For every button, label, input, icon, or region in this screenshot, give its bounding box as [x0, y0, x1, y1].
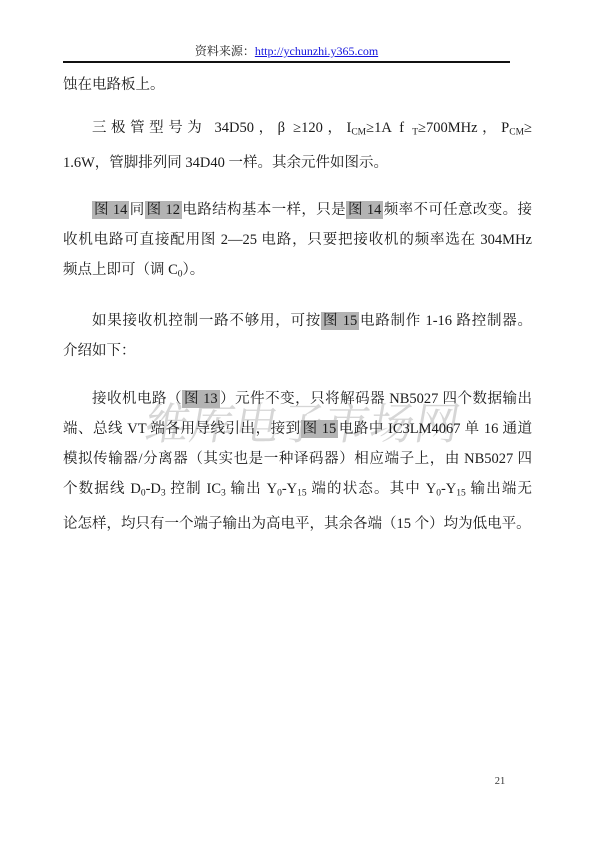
text-segment: -Y — [441, 481, 456, 497]
text-segment: -D — [146, 481, 161, 497]
paragraph: 三极管型号为 34D50，β ≥120，ICM≥1A f T≥700MHz，PC… — [63, 113, 532, 178]
text-segment: 输出 Y — [226, 481, 277, 497]
text-segment: 频点上即可（调 C — [63, 262, 178, 278]
text-segment: ）。 — [183, 262, 205, 278]
text-segment: 如果接收机控制一路不够用，可按 — [92, 313, 321, 329]
paragraph: 蚀在电路板上。 — [63, 70, 532, 100]
text-segment: 电路结构基本一样，只是 — [182, 202, 346, 218]
text-segment: ≥ — [524, 120, 532, 136]
subscript-text: CM — [509, 128, 524, 138]
text-segment: 1.6W，管脚排列同 34D40 一样。其余元件如图示。 — [63, 155, 388, 171]
text-line: 介绍如下： — [63, 336, 532, 366]
text-line: 个数据线 D0-D3 控制 IC3 输出 Y0-Y15 端的状态。其中 Y0-Y… — [63, 474, 532, 509]
text-segment: 三极管型号为 34D50，β ≥120，I — [92, 120, 351, 136]
text-segment: 端、总线 VT 端各用导线引出，接到 — [63, 421, 301, 437]
text-segment: 端的状态。其中 Y — [307, 481, 437, 497]
source-link[interactable]: http://ychunzhi.y365.com — [255, 44, 378, 58]
text-line: 三极管型号为 34D50，β ≥120，ICM≥1A f T≥700MHz，PC… — [63, 113, 532, 148]
text-line: 频点上即可（调 C0）。 — [63, 255, 532, 290]
page-number: 21 — [488, 776, 512, 787]
text-segment: 接收机电路（ — [92, 391, 182, 407]
text-segment: 同 — [129, 202, 144, 218]
figure-ref-highlight: 图 15 — [321, 312, 359, 330]
document-page: 资料来源：http://ychunzhi.y365.com 维库电子市场网 蚀在… — [0, 0, 595, 842]
figure-ref-highlight: 图 14 — [92, 201, 129, 219]
text-segment: 收机电路可直接配用图 2—25 电路，只要把接收机的频率选在 304MHz — [63, 232, 532, 248]
figure-ref-highlight: 图 12 — [145, 201, 182, 219]
subscript-text: 15 — [297, 489, 307, 499]
subscript-text: CM — [351, 128, 366, 138]
text-segment: 控制 IC — [166, 481, 221, 497]
text-segment: ≥700MHz，P — [418, 120, 509, 136]
text-segment: 电路制作 1-16 路控制器。 — [359, 313, 532, 329]
text-segment: 介绍如下： — [63, 343, 136, 359]
text-segment: 电路中 IC3LM4067 单 16 通道 — [338, 421, 532, 437]
figure-ref-highlight: 图 14 — [346, 201, 383, 219]
text-segment: 蚀在电路板上。 — [63, 77, 165, 93]
text-segment: -Y — [282, 481, 297, 497]
paragraph: 图 14同图 12电路结构基本一样，只是图 14频率不可任意改变。接收机电路可直… — [63, 195, 532, 290]
text-segment: 模拟传输器/分离器（其实也是一种译码器）相应端子上，由 NB5027 四 — [63, 451, 532, 467]
text-segment: ）元件不变，只将解码器 NB5027 四个数据输出 — [220, 391, 532, 407]
text-segment: 频率不可任意改变。接 — [383, 202, 532, 218]
text-line: 1.6W，管脚排列同 34D40 一样。其余元件如图示。 — [63, 148, 532, 178]
figure-ref-highlight: 图 13 — [182, 390, 220, 408]
text-line: 蚀在电路板上。 — [63, 70, 532, 100]
page-header: 资料来源：http://ychunzhi.y365.com — [63, 43, 510, 59]
text-line: 模拟传输器/分离器（其实也是一种译码器）相应端子上，由 NB5027 四 — [63, 444, 532, 474]
figure-ref-highlight: 图 15 — [301, 420, 339, 438]
subscript-text: 15 — [456, 489, 466, 499]
text-segment: ≥1A f — [366, 120, 412, 136]
text-line: 接收机电路（图 13）元件不变，只将解码器 NB5027 四个数据输出 — [63, 384, 532, 414]
text-segment: 论怎样，均只有一个端子输出为高电平，其余各端（15 个）均为低电平。 — [63, 516, 531, 532]
text-line: 论怎样，均只有一个端子输出为高电平，其余各端（15 个）均为低电平。 — [63, 509, 532, 539]
text-line: 图 14同图 12电路结构基本一样，只是图 14频率不可任意改变。接 — [63, 195, 532, 225]
text-segment: 输出端无 — [466, 481, 532, 497]
paragraph: 接收机电路（图 13）元件不变，只将解码器 NB5027 四个数据输出端、总线 … — [63, 384, 532, 539]
paragraph: 如果接收机控制一路不够用，可按图 15电路制作 1-16 路控制器。介绍如下： — [63, 306, 532, 366]
text-line: 收机电路可直接配用图 2—25 电路，只要把接收机的频率选在 304MHz — [63, 225, 532, 255]
header-rule — [63, 61, 510, 63]
text-line: 端、总线 VT 端各用导线引出，接到图 15电路中 IC3LM4067 单 16… — [63, 414, 532, 444]
text-segment: 个数据线 D — [63, 481, 141, 497]
document-body: 蚀在电路板上。三极管型号为 34D50，β ≥120，ICM≥1A f T≥70… — [63, 70, 532, 539]
source-label: 资料来源： — [195, 44, 255, 58]
text-line: 如果接收机控制一路不够用，可按图 15电路制作 1-16 路控制器。 — [63, 306, 532, 336]
